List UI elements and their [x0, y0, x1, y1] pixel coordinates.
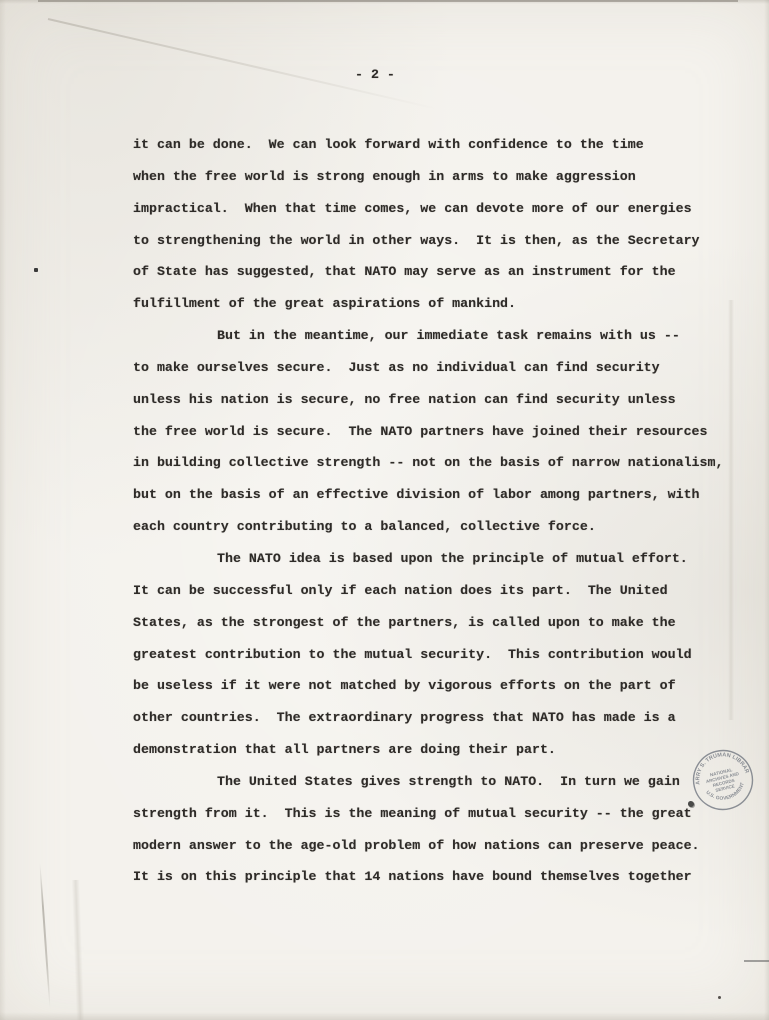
archive-stamp-graphic: HARRY S. TRUMAN LIBRARY U.S. GOVERNMENT … [691, 748, 755, 812]
text-line: modern answer to the age-old problem of … [133, 830, 738, 862]
paper-crease [48, 18, 438, 110]
text-line: unless his nation is secure, no free nat… [133, 384, 738, 416]
truman-library-archive-stamp: HARRY S. TRUMAN LIBRARY U.S. GOVERNMENT … [691, 748, 755, 812]
text-line: It can be successful only if each nation… [133, 575, 738, 607]
text-line: the free world is secure. The NATO partn… [133, 416, 738, 448]
text-line: in building collective strength -- not o… [133, 447, 738, 479]
text-line: to strengthening the world in other ways… [133, 225, 738, 257]
scan-edge-artifact [38, 0, 738, 2]
text-line: to make ourselves secure. Just as no ind… [133, 352, 738, 384]
text-line-paragraph-start: But in the meantime, our immediate task … [133, 320, 738, 352]
text-line: fulfillment of the great aspirations of … [133, 288, 738, 320]
ink-speck [718, 996, 721, 999]
paper-crease [39, 862, 51, 1010]
text-line: other countries. The extraordinary progr… [133, 702, 738, 734]
text-line: demonstration that all partners are doin… [133, 734, 738, 766]
scan-edge-artifact [744, 960, 769, 962]
text-line-paragraph-start: The NATO idea is based upon the principl… [133, 543, 738, 575]
text-line: States, as the strongest of the partners… [133, 607, 738, 639]
text-line: each country contributing to a balanced,… [133, 511, 738, 543]
ink-speck [34, 268, 38, 272]
text-line: when the free world is strong enough in … [133, 161, 738, 193]
page-number: - 2 - [355, 67, 395, 82]
text-line-paragraph-start: The United States gives strength to NATO… [133, 766, 738, 798]
paper-crease [72, 880, 85, 1020]
text-line: of State has suggested, that NATO may se… [133, 256, 738, 288]
text-line: impractical. When that time comes, we ca… [133, 193, 738, 225]
text-line: but on the basis of an effective divisio… [133, 479, 738, 511]
text-line: it can be done. We can look forward with… [133, 129, 738, 161]
text-line: strength from it. This is the meaning of… [133, 798, 738, 830]
text-line: greatest contribution to the mutual secu… [133, 639, 738, 671]
text-line: It is on this principle that 14 nations … [133, 861, 738, 893]
text-line: be useless if it were not matched by vig… [133, 670, 738, 702]
document-page: - 2 - it can be done. We can look forwar… [0, 0, 769, 1020]
document-body: it can be done. We can look forward with… [133, 129, 738, 893]
